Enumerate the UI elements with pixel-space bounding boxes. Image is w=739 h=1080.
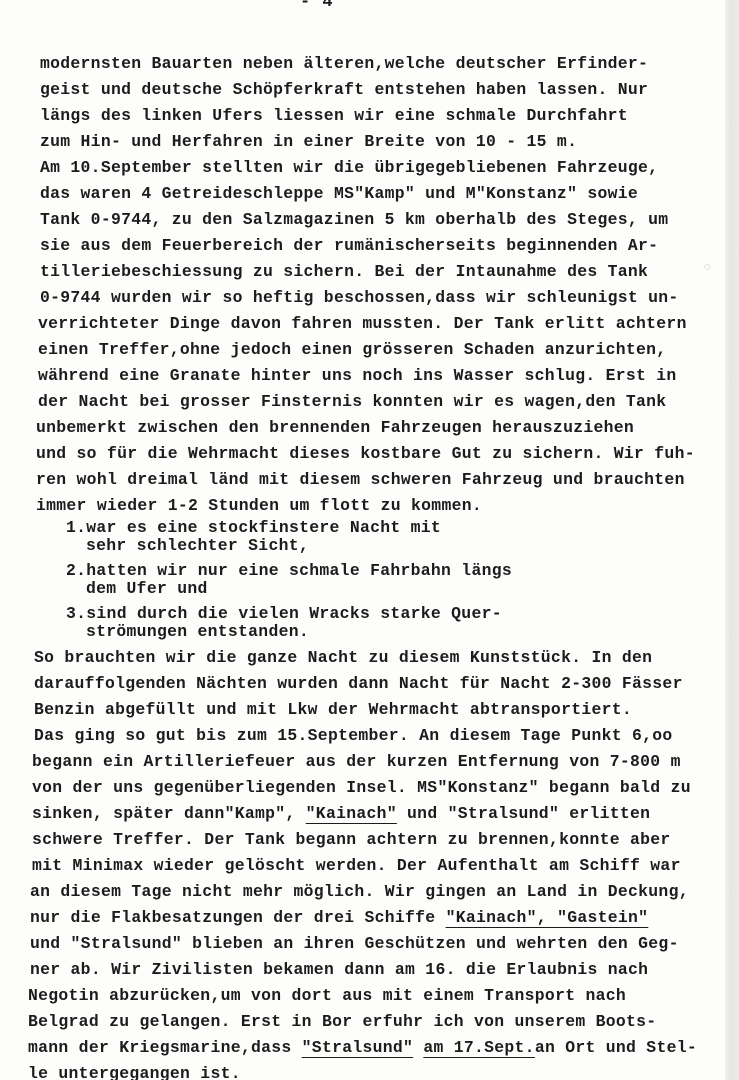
- page-edge-shadow: [725, 0, 739, 1080]
- text-line: unbemerkt zwischen den brennenden Fahrze…: [36, 418, 634, 438]
- list-text: sind durch die vielen Wracks starke Quer…: [86, 604, 502, 623]
- list-text: war es eine stockfinstere Nacht mit: [86, 518, 441, 537]
- text-line: Benzin abgefüllt und mit Lkw der Wehrmac…: [34, 700, 632, 720]
- underlined-ship-name: "Stralsund": [302, 1038, 414, 1057]
- text-line: begann ein Artilleriefeuer aus der kurze…: [32, 752, 681, 772]
- text-line: das waren 4 Getreideschleppe MS"Kamp" un…: [40, 184, 638, 204]
- text-line: an diesem Tage nicht mehr möglich. Wir g…: [30, 882, 689, 902]
- text-line: mit Minimax wieder gelöscht werden. Der …: [32, 856, 681, 876]
- list-text: strömungen entstanden.: [86, 622, 309, 642]
- text-line: nur die Flakbesatzungen der drei Schiffe…: [30, 908, 648, 928]
- text-line: Negotin abzurücken,um von dort aus mit e…: [28, 986, 626, 1006]
- text-line: le untergegangen ist.: [28, 1064, 241, 1080]
- list-number: 3.: [66, 604, 86, 623]
- underlined-ship-name: "Kainach": [306, 804, 397, 823]
- list-number: 2.: [66, 561, 86, 580]
- text-line: und so für die Wehrmacht dieses kostbare…: [36, 444, 695, 464]
- text-line: So brauchten wir die ganze Nacht zu dies…: [34, 648, 652, 668]
- text-line: mann der Kriegsmarine,dass "Stralsund" a…: [28, 1038, 697, 1058]
- text-line: immer wieder 1-2 Stunden um flott zu kom…: [36, 496, 482, 516]
- text-line: einen Treffer,ohne jedoch einen grössere…: [38, 340, 666, 360]
- list-number: 1.: [66, 518, 86, 537]
- page-number: - 4: [300, 0, 334, 12]
- text-line: Das ging so gut bis zum 15.September. An…: [34, 726, 673, 746]
- text-line: sie aus dem Feuerbereich der rumänischer…: [40, 236, 658, 256]
- document-page: - 4 modernsten Bauarten neben älteren,we…: [0, 0, 739, 1080]
- text-line: verrichteter Dinge davon fahren mussten.…: [38, 314, 687, 334]
- text-line: Am 10.September stellten wir die übrigeg…: [40, 158, 658, 178]
- text-line: ren wohl dreimal länd mit diesem schwere…: [36, 470, 685, 490]
- text-line: längs des linken Ufers liessen wir eine …: [40, 106, 628, 126]
- list-text: dem Ufer und: [86, 579, 208, 599]
- text-line: während eine Granate hinter uns noch ins…: [38, 366, 677, 386]
- list-text: hatten wir nur eine schmale Fahrbahn län…: [86, 561, 512, 580]
- text-line: ner ab. Wir Zivilisten bekamen dann am 1…: [30, 960, 648, 980]
- text-line: modernsten Bauarten neben älteren,welche…: [40, 54, 648, 74]
- text-line: der Nacht bei grosser Finsternis konnten…: [38, 392, 666, 412]
- stray-ink-mark: ◌: [704, 262, 711, 274]
- text-line: Belgrad zu gelangen. Erst in Bor erfuhr …: [28, 1012, 656, 1032]
- list-text: sehr schlechter Sicht,: [86, 536, 309, 556]
- text-line: schwere Treffer. Der Tank begann achtern…: [32, 830, 671, 850]
- text-line: geist und deutsche Schöpferkraft entsteh…: [40, 80, 648, 100]
- underlined-date: am 17.Sept.: [423, 1038, 535, 1057]
- underlined-ship-names: "Kainach", "Gastein": [446, 908, 649, 927]
- text-line: und "Stralsund" blieben an ihren Geschüt…: [30, 934, 679, 954]
- text-line: tilleriebeschiessung zu sichern. Bei der…: [40, 262, 648, 282]
- text-line: darauffolgenden Nächten wurden dann Nach…: [34, 674, 683, 694]
- text-line: Tank 0-9744, zu den Salzmagazinen 5 km o…: [40, 210, 668, 230]
- text-line: sinken, später dann"Kamp", "Kainach" und…: [32, 804, 650, 824]
- text-line: 0-9744 wurden wir so heftig beschossen,d…: [40, 288, 679, 308]
- text-line: zum Hin- und Herfahren in einer Breite v…: [40, 132, 577, 152]
- text-line: von der uns gegenüberliegenden Insel. MS…: [32, 778, 691, 798]
